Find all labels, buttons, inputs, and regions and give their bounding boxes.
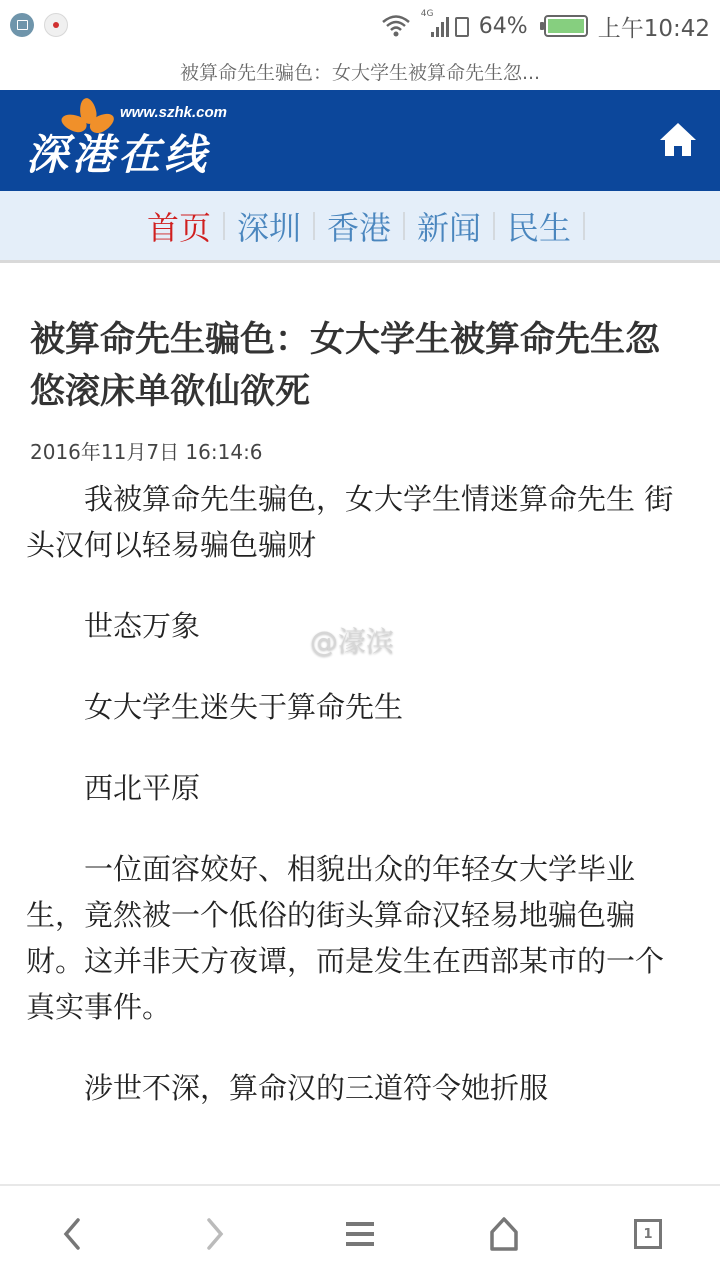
nav-item-news[interactable]: 新闻 — [405, 203, 493, 249]
nav-item-livelihood[interactable]: 民生 — [495, 203, 583, 249]
home-icon — [658, 120, 698, 160]
article-date: 2016年11月7日 16:14:6 — [30, 436, 263, 465]
section-nav: 首页 深圳 香港 新闻 民生 — [0, 191, 720, 263]
site-logo[interactable]: www.szhk.com 深港在线 — [26, 96, 286, 186]
battery-icon — [544, 15, 588, 37]
nav-item-home[interactable]: 首页 — [135, 203, 223, 249]
forward-button[interactable] — [193, 1212, 237, 1256]
article-paragraph: 西北平原 — [26, 765, 674, 811]
logo-text: 深港在线 — [26, 122, 210, 182]
article-paragraph: 涉世不深，算命汉的三道符令她折服 — [26, 1065, 674, 1111]
nav-divider — [583, 212, 585, 240]
cell-signal-icon: 4G — [421, 15, 469, 37]
browser-page-title: 被算命先生骗色：女大学生被算命先生忽... — [0, 52, 720, 90]
system-indicators: 4G 64% 上午10:42 — [381, 8, 710, 44]
nav-item-hongkong[interactable]: 香港 — [315, 203, 403, 249]
article-paragraph: 世态万象 — [26, 603, 674, 649]
site-header: www.szhk.com 深港在线 — [0, 90, 720, 191]
home-button[interactable] — [482, 1212, 526, 1256]
back-button[interactable] — [50, 1212, 94, 1256]
article: 被算命先生骗色：女大学生被算命先生忽悠滚床单欲仙欲死 2016年11月7日 16… — [0, 266, 720, 1184]
nav-item-shenzhen[interactable]: 深圳 — [225, 203, 313, 249]
forward-icon — [203, 1217, 227, 1251]
menu-icon — [345, 1221, 375, 1247]
article-body: 我被算命先生骗色，女大学生情迷算命先生 街头汉何以轻易骗色骗财 世态万象 女大学… — [26, 476, 674, 1146]
sim-card-icon — [455, 17, 469, 37]
notification-icons — [10, 13, 68, 37]
tabs-button[interactable]: 1 — [626, 1212, 670, 1256]
wifi-icon — [381, 13, 411, 39]
site-home-button[interactable] — [658, 120, 698, 160]
logo-url: www.szhk.com — [120, 104, 227, 121]
status-bar: 4G 64% 上午10:42 — [0, 0, 720, 52]
back-icon — [60, 1217, 84, 1251]
menu-button[interactable] — [338, 1212, 382, 1256]
article-paragraph: 我被算命先生骗色，女大学生情迷算命先生 街头汉何以轻易骗色骗财 — [26, 476, 674, 568]
home-icon — [489, 1217, 519, 1251]
tabs-icon: 1 — [634, 1219, 662, 1249]
battery-percent: 64% — [479, 14, 528, 39]
screenshot-notification-icon — [10, 13, 34, 37]
recording-notification-icon — [44, 13, 68, 37]
network-type: 4G — [421, 9, 434, 19]
article-title: 被算命先生骗色：女大学生被算命先生忽悠滚床单欲仙欲死 — [30, 314, 690, 418]
article-paragraph: 女大学生迷失于算命先生 — [26, 684, 674, 730]
browser-toolbar: 1 — [0, 1184, 720, 1280]
article-paragraph: 一位面容姣好、相貌出众的年轻女大学毕业生，竟然被一个低俗的街头算命汉轻易地骗色骗… — [26, 846, 674, 1030]
clock: 上午10:42 — [598, 10, 710, 43]
